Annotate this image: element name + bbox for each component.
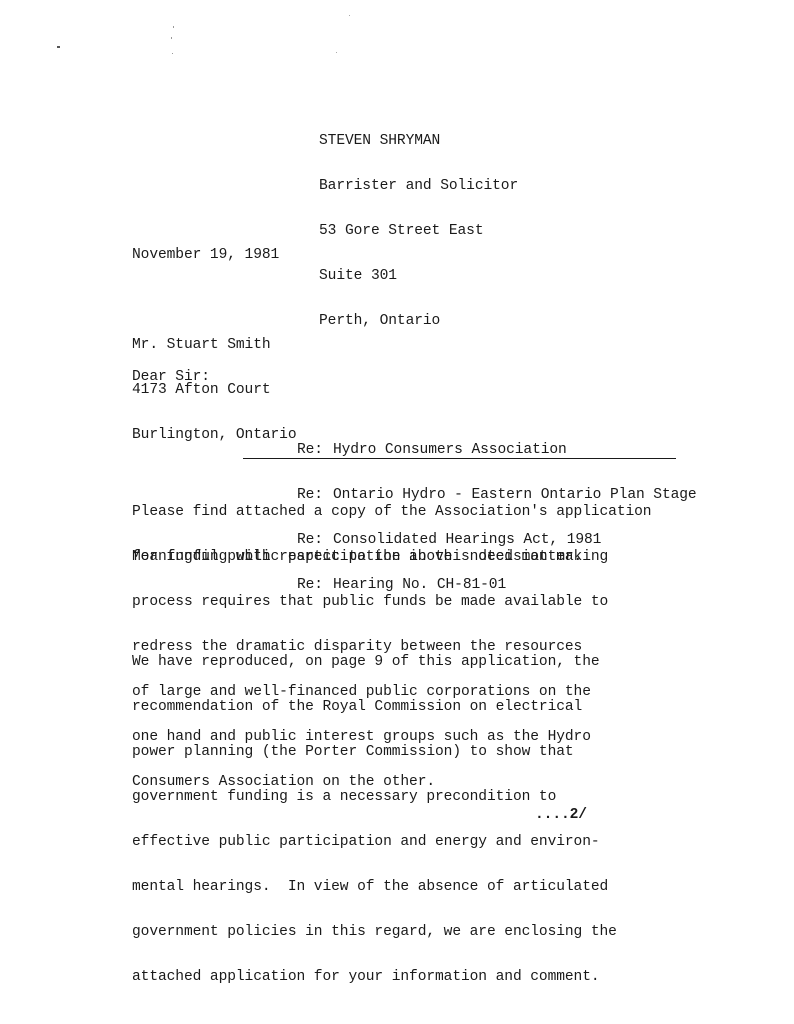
scan-artifact	[349, 15, 350, 16]
scan-artifact	[57, 46, 60, 48]
body-line: recommendation of the Royal Commission o…	[132, 700, 617, 715]
body-line: Meaningful public participation in this …	[132, 550, 608, 565]
recipient-address-line1: 4173 Afton Court	[132, 383, 297, 398]
subject-line: Re:Hydro Consumers Association	[245, 428, 697, 443]
body-line: government policies in this regard, we a…	[132, 925, 617, 940]
body-line: attached application for your informatio…	[132, 970, 617, 985]
letter-date: November 19, 1981	[132, 248, 279, 263]
recipient-name: Mr. Stuart Smith	[132, 338, 297, 353]
letterhead-title: Barrister and Solicitor	[319, 179, 518, 194]
body-line: power planning (the Porter Commission) t…	[132, 745, 617, 760]
scan-artifact	[171, 37, 172, 39]
letter-page: STEVEN SHRYMAN Barrister and Solicitor 5…	[0, 0, 794, 1024]
page-continuation-marker: ....2/	[535, 808, 587, 823]
body-line: mental hearings. In view of the absence …	[132, 880, 617, 895]
scan-artifact	[336, 52, 337, 53]
body-line: We have reproduced, on page 9 of this ap…	[132, 655, 617, 670]
scan-artifact	[172, 53, 173, 54]
subject-underline	[243, 458, 676, 459]
subject-text: Hydro Consumers Association	[333, 442, 567, 458]
letterhead-address-line1: 53 Gore Street East	[319, 224, 518, 239]
body-line: Please find attached a copy of the Assoc…	[132, 505, 651, 520]
body-line: process requires that public funds be ma…	[132, 595, 608, 610]
letterhead: STEVEN SHRYMAN Barrister and Solicitor 5…	[319, 104, 518, 359]
body-line: effective public participation and energ…	[132, 835, 617, 850]
letterhead-address-line2: Suite 301	[319, 269, 518, 284]
subject-label: Re:	[297, 443, 333, 458]
letterhead-name: STEVEN SHRYMAN	[319, 134, 518, 149]
letterhead-city: Perth, Ontario	[319, 314, 518, 329]
scan-artifact	[173, 26, 174, 28]
salutation: Dear Sir:	[132, 370, 210, 385]
body-line: government funding is a necessary precon…	[132, 790, 617, 805]
